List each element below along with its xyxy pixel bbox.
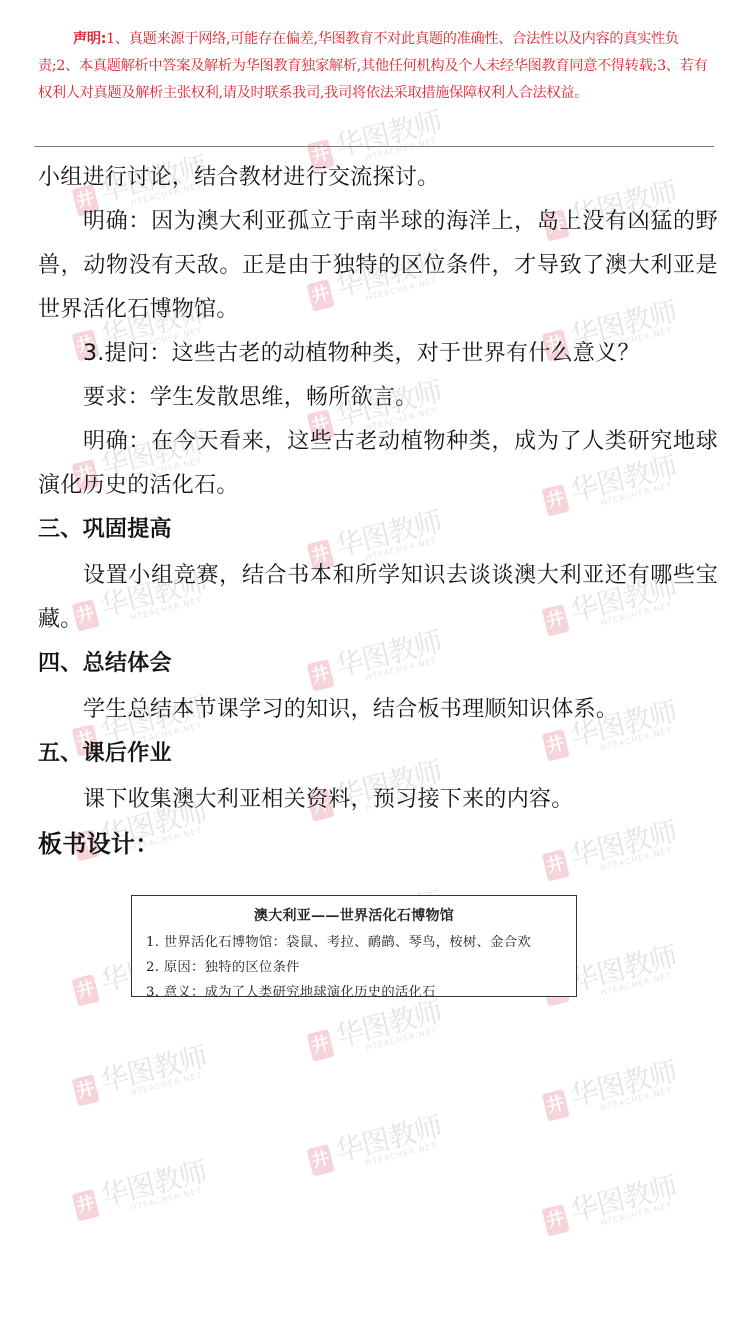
- watermark-logo-icon: 井: [542, 1089, 570, 1121]
- watermark-logo-icon: 井: [72, 1189, 100, 1221]
- paragraph-question-3: 3.提问：这些古老的动植物种类，对于世界有什么意义？: [38, 332, 718, 376]
- lesson-body: 小组进行讨论，结合教材进行交流探讨。 明确：因为澳大利亚孤立于南半球的海洋上，岛…: [38, 156, 718, 868]
- paragraph-competition: 设置小组竞赛，结合书本和所学知识去谈谈澳大利亚还有哪些宝藏。: [38, 554, 718, 642]
- board-title: 澳大利亚——世界活化石博物馆: [132, 905, 576, 925]
- board-item-significance: 3. 意义：成为了人类研究地球演化历史的活化石: [146, 981, 576, 1000]
- paragraph-clarification-2: 明确：在今天看来，这些古老动植物种类，成为了人类研究地球演化历史的活化石。: [38, 420, 718, 508]
- section-heading-homework: 五、课后作业: [38, 732, 718, 778]
- watermark-logo-icon: 井: [72, 1074, 100, 1106]
- disclaimer-text: 1、真题来源于网络,可能存在偏差,华图教育不对此真题的准确性、合法性以及内容的真…: [38, 31, 707, 101]
- disclaimer-label: 声明:: [73, 31, 106, 47]
- section-heading-consolidate: 三、巩固提高: [38, 508, 718, 554]
- watermark-logo-icon: 井: [307, 1144, 335, 1176]
- watermark: 井华图教师HTEACHER.NET: [71, 1043, 212, 1111]
- watermark: 井华图教师HTEACHER.NET: [306, 998, 447, 1066]
- watermark: 井华图教师HTEACHER.NET: [541, 1058, 682, 1126]
- header-divider: [34, 146, 714, 147]
- board-item-reason: 2. 原因：独特的区位条件: [146, 956, 576, 975]
- watermark-logo-icon: 井: [542, 1204, 570, 1236]
- disclaimer-notice: 声明:1、真题来源于网络,可能存在偏差,华图教育不对此真题的准确性、合法性以及内…: [38, 26, 712, 107]
- section-heading-board-design: 板书设计：: [38, 822, 718, 868]
- board-item-museum: 1. 世界活化石博物馆：袋鼠、考拉、鸸鹋、琴鸟，桉树、金合欢: [146, 931, 576, 950]
- paragraph-summary: 学生总结本节课学习的知识，结合板书理顺知识体系。: [38, 688, 718, 732]
- board-design-box: 澳大利亚——世界活化石博物馆 1. 世界活化石博物馆：袋鼠、考拉、鸸鹋、琴鸟，桉…: [131, 895, 577, 997]
- paragraph-group-discussion: 小组进行讨论，结合教材进行交流探讨。: [38, 156, 718, 200]
- watermark-logo-icon: 井: [307, 1029, 335, 1061]
- watermark: 井华图教师HTEACHER.NET: [306, 1113, 447, 1181]
- watermark: 井华图教师HTEACHER.NET: [541, 1173, 682, 1241]
- section-heading-summary: 四、总结体会: [38, 642, 718, 688]
- paragraph-clarification-1: 明确：因为澳大利亚孤立于南半球的海洋上，岛上没有凶猛的野兽，动物没有天敌。正是由…: [38, 200, 718, 332]
- watermark: 井华图教师HTEACHER.NET: [71, 1158, 212, 1226]
- paragraph-requirement: 要求：学生发散思维，畅所欲言。: [38, 376, 718, 420]
- paragraph-homework: 课下收集澳大利亚相关资料，预习接下来的内容。: [38, 778, 718, 822]
- watermark-logo-icon: 井: [72, 974, 100, 1006]
